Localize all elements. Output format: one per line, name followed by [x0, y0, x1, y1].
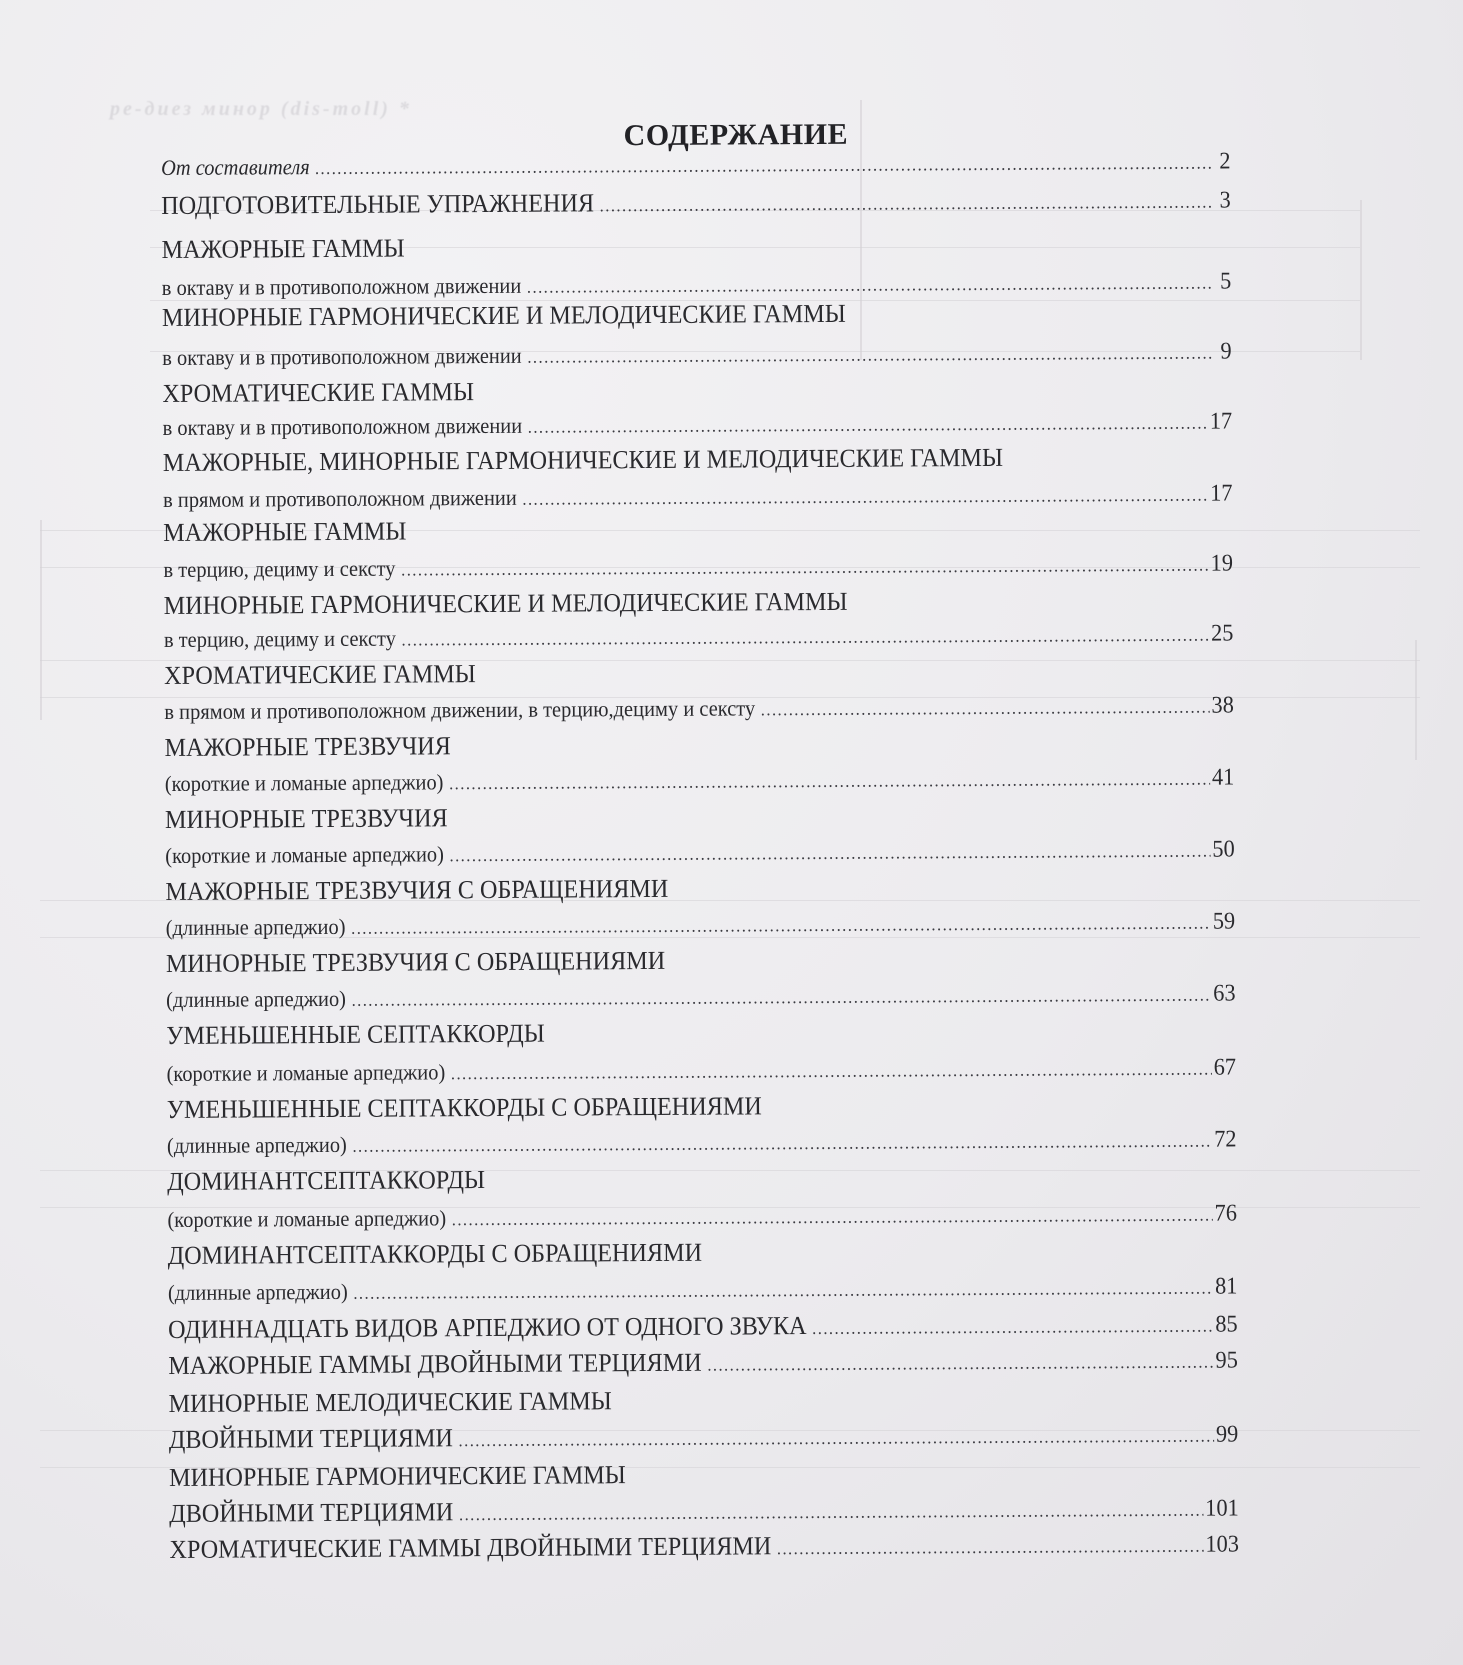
toc-section-heading: МАЖОРНЫЕ ГАММЫ	[163, 508, 1233, 551]
page-number: 38	[1211, 687, 1234, 723]
toc-entry[interactable]: От составителя2	[161, 143, 1231, 186]
dot-leader	[812, 1308, 1214, 1346]
page-number: 85	[1215, 1306, 1238, 1342]
toc-heading-text: УМЕНЬШЕННЫЕ СЕПТАККОРДЫ	[166, 1016, 545, 1054]
page-number: 76	[1215, 1195, 1238, 1231]
dot-leader	[777, 1528, 1204, 1567]
toc-heading-text: ХРОМАТИЧЕСКИЕ ГАММЫ	[162, 374, 474, 412]
toc-entry-text: (длинные арпеджио)	[168, 1274, 348, 1311]
toc-section-heading: УМЕНЬШЕННЫЕ СЕПТАККОРДЫ	[166, 1011, 1236, 1054]
toc-section-heading: МАЖОРНЫЕ ГАММЫ	[161, 225, 1231, 268]
toc-heading-text: МИНОРНЫЕ МЕЛОДИЧЕСКИЕ ГАММЫ	[168, 1383, 611, 1422]
toc-entry-text: (длинные арпеджио)	[167, 1127, 347, 1164]
toc-heading-text: МАЖОРНЫЕ ТРЕЗВУЧИЯ С ОБРАЩЕНИЯМИ	[165, 871, 668, 910]
page-number: 67	[1214, 1049, 1237, 1085]
toc-entry-text: ОДИННАДЦАТЬ ВИДОВ АРПЕДЖИО ОТ ОДНОГО ЗВУ…	[168, 1308, 807, 1348]
toc-entry[interactable]: ПОДГОТОВИТЕЛЬНЫЕ УПРАЖНЕНИЯ3	[161, 181, 1231, 224]
toc-heading-text: ДОМИНАНТСЕПТАККОРДЫ	[167, 1162, 485, 1200]
toc-entry-text: (длинные арпеджио)	[166, 909, 346, 946]
toc-heading-text: МИНОРНЫЕ ТРЕЗВУЧИЯ	[165, 800, 448, 838]
dot-leader	[451, 1051, 1212, 1092]
toc-entry-text: (короткие и ломаные арпеджио)	[165, 764, 444, 802]
page-number: 81	[1215, 1268, 1238, 1304]
dot-leader	[707, 1344, 1214, 1383]
dot-leader	[452, 1197, 1213, 1238]
toc-heading-text: ХРОМАТИЧЕСКИЕ ГАММЫ	[164, 656, 476, 694]
page-number: 99	[1216, 1416, 1239, 1452]
dot-leader	[449, 833, 1210, 874]
page-number: 3	[1214, 182, 1231, 218]
toc-heading-text: УМЕНЬШЕННЫЕ СЕПТАККОРДЫ С ОБРАЩЕНИЯМИ	[167, 1088, 762, 1128]
page-number: 59	[1213, 903, 1236, 939]
toc-section-heading: МАЖОРНЫЕ, МИНОРНЫЕ ГАРМОНИЧЕСКИЕ И МЕЛОД…	[163, 438, 1233, 481]
toc-heading-text: МАЖОРНЫЕ ТРЕЗВУЧИЯ	[164, 728, 451, 766]
toc-entry-text: (короткие и ломаные арпеджио)	[167, 1200, 446, 1238]
page-number: 101	[1205, 1490, 1239, 1526]
dot-leader	[458, 1418, 1214, 1459]
toc-heading-text: МИНОРНЫЕ ГАРМОНИЧЕСКИЕ ГАММЫ	[169, 1457, 626, 1496]
page-number: 103	[1205, 1526, 1239, 1562]
toc-heading-text: МАЖОРНЫЕ, МИНОРНЫЕ ГАРМОНИЧЕСКИЕ И МЕЛОД…	[163, 440, 1003, 481]
page-number: 72	[1214, 1121, 1237, 1157]
toc-heading-text: МАЖОРНЫЕ ГАММЫ	[163, 514, 406, 551]
dot-leader	[449, 761, 1210, 802]
toc-entry-text: (короткие и ломаные арпеджио)	[165, 836, 444, 874]
dot-leader	[600, 184, 1213, 224]
toc-entry-text: в терцию, дециму и сексту	[164, 621, 396, 658]
dot-leader	[353, 1270, 1213, 1311]
page-number: 63	[1213, 975, 1236, 1011]
toc-entry-text: в октаву и в противоположном движении	[163, 408, 523, 446]
toc-entry[interactable]: ХРОМАТИЧЕСКИЕ ГАММЫ ДВОЙНЫМИ ТЕРЦИЯМИ103	[169, 1525, 1239, 1568]
toc-section-heading: МИНОРНЫЕ ГАРМОНИЧЕСКИЕ И МЕЛОДИЧЕСКИЕ ГА…	[162, 293, 1232, 336]
page-number: 9	[1215, 333, 1232, 369]
toc-entry-text: (длинные арпеджио)	[166, 981, 346, 1018]
toc-entry-text: в прямом и противоположном движении, в т…	[164, 690, 755, 730]
toc-entry-text: в октаву и в противоположном движении	[162, 338, 522, 376]
toc-heading-text: МИНОРНЫЕ ГАРМОНИЧЕСКИЕ И МЕЛОДИЧЕСКИЕ ГА…	[162, 296, 846, 336]
page-number: 2	[1214, 143, 1231, 179]
toc-section-heading: ДОМИНАНТСЕПТАККОРДЫ	[167, 1157, 1237, 1200]
page-number: 25	[1211, 615, 1234, 651]
toc-entry[interactable]: (длинные арпеджио)81	[168, 1268, 1238, 1311]
page-number: 95	[1215, 1342, 1238, 1378]
toc-entry-text: От составителя	[161, 149, 310, 186]
toc-entry-text: в терцию, дециму и сексту	[163, 551, 395, 588]
page-number: 17	[1210, 403, 1233, 439]
dot-leader	[761, 689, 1210, 728]
toc-section-heading: ДОМИНАНТСЕПТАККОРДЫ С ОБРАЩЕНИЯМИ	[168, 1231, 1238, 1274]
toc-heading-text: ДОМИНАНТСЕПТАККОРДЫ С ОБРАЩЕНИЯМИ	[168, 1235, 703, 1274]
toc-heading-text: МАЖОРНЫЕ ГАММЫ	[161, 231, 404, 268]
dot-leader	[315, 145, 1212, 186]
toc-entry-text: МАЖОРНЫЕ ГАММЫ ДВОЙНЫМИ ТЕРЦИЯМИ	[168, 1345, 702, 1384]
toc-entry-text: ДВОЙНЫМИ ТЕРЦИЯМИ	[169, 1420, 453, 1458]
page-number: 17	[1210, 475, 1233, 511]
toc-entry-text: ХРОМАТИЧЕСКИЕ ГАММЫ ДВОЙНЫМИ ТЕРЦИЯМИ	[169, 1528, 771, 1568]
toc-heading-text: МИНОРНЫЕ ТРЕЗВУЧИЯ С ОБРАЩЕНИЯМИ	[166, 943, 665, 982]
toc-entry-text: (короткие и ломаные арпеджио)	[166, 1054, 445, 1092]
toc-entry-text: ДВОЙНЫМИ ТЕРЦИЯМИ	[169, 1494, 453, 1532]
toc-entry-text: ПОДГОТОВИТЕЛЬНЫЕ УПРАЖНЕНИЯ	[161, 185, 594, 224]
toc-entry[interactable]: МАЖОРНЫЕ ГАММЫ ДВОЙНЫМИ ТЕРЦИЯМИ95	[168, 1341, 1238, 1384]
page-number: 50	[1212, 831, 1235, 867]
page-number: 41	[1212, 759, 1235, 795]
page-number: 19	[1211, 545, 1234, 581]
dot-leader	[527, 335, 1213, 375]
toc-entry[interactable]: ДВОЙНЫМИ ТЕРЦИЯМИ99	[169, 1415, 1239, 1458]
